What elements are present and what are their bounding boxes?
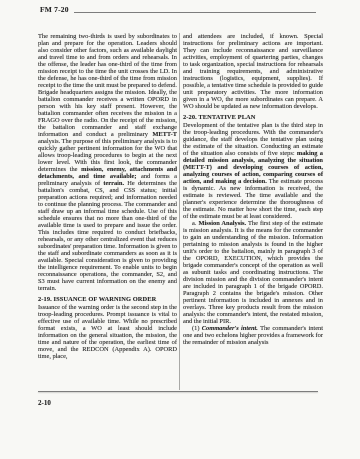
page-footer: 2-10 <box>38 391 318 410</box>
text-segment: (1) <box>192 325 202 332</box>
paragraph: The remaining two-thirds is used by subo… <box>38 33 177 292</box>
paragraph: Development of the tentative plan is the… <box>183 122 323 220</box>
text-segment: and attendees are included, if known. Sp… <box>183 33 323 110</box>
text-segment: He determines the battalion's combat, CS… <box>38 180 177 292</box>
paragraph: (1) Commander's intent. The commander's … <box>183 325 323 346</box>
section-heading: 2-20. TENTATIVE PLAN <box>183 114 323 121</box>
paragraph: and attendees are included, if known. Sp… <box>183 33 323 110</box>
text-segment: Commander's intent. <box>202 325 258 332</box>
text-segment: Mission Analysis. <box>198 220 246 227</box>
manual-page: FM 7-20 The remaining two-thirds is used… <box>0 0 360 459</box>
header-doc-number: FM 7-20 <box>40 5 69 14</box>
text-segment: The first step of the estimate is missio… <box>183 220 323 325</box>
page-number: 2-10 <box>38 399 51 408</box>
paragraph: a. Mission Analysis. The first step of t… <box>183 220 323 325</box>
text-segment: The remaining two-thirds is used by subo… <box>38 33 177 138</box>
left-column: The remaining two-thirds is used by subo… <box>38 33 177 390</box>
text-segment: terrain. <box>103 180 124 187</box>
paragraph: Issuance of the warning order is the sec… <box>38 304 177 360</box>
section-heading: 2-19. ISSUANCE OF WARNING ORDER <box>38 296 177 303</box>
text-segment: Issuance of the warning order is the sec… <box>38 304 177 360</box>
text-segment: The estimate process is dynamic. As new … <box>183 178 323 220</box>
footer-rule <box>38 391 318 392</box>
page-content: The remaining two-thirds is used by subo… <box>38 33 323 390</box>
right-column: and attendees are included, if known. Sp… <box>183 33 323 390</box>
page-header: FM 7-20 <box>40 5 316 14</box>
header-rule <box>74 12 316 13</box>
text-segment: METT-T <box>152 131 177 138</box>
column-divider <box>179 33 180 390</box>
